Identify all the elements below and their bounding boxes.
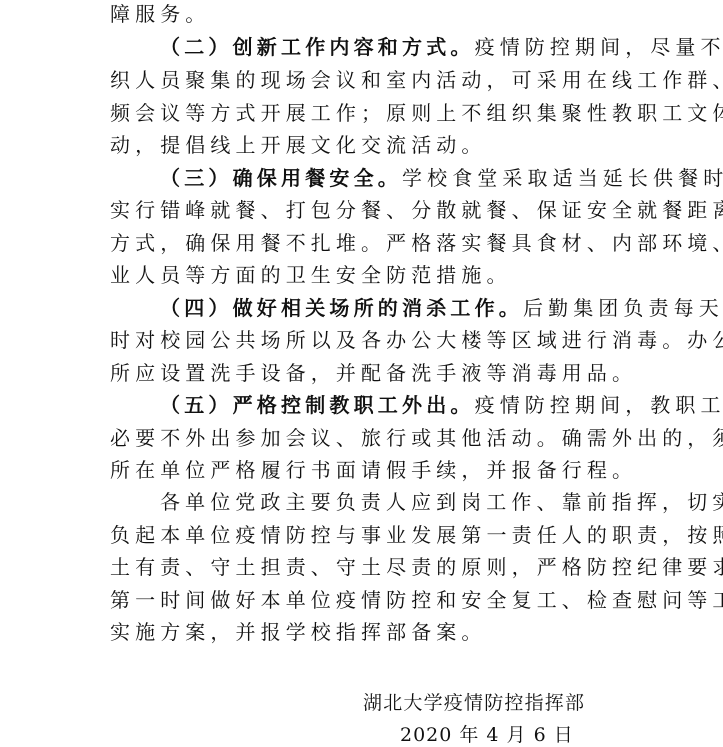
- section-title-2: （二）创新工作内容和方式。: [160, 35, 475, 59]
- line-text: 疫情防控期间，教职工非: [475, 393, 723, 417]
- section-title-4: （四）做好相关场所的消杀工作。: [160, 296, 523, 320]
- line-text: 第一时间做好本单位疫情防控和安全复工、检查慰问等工作: [110, 588, 723, 612]
- paragraph-line: 障服务。: [110, 0, 615, 29]
- line-text: 各单位党政主要负责人应到岗工作、靠前指挥，切实担: [160, 490, 723, 514]
- line-text: 业人员等方面的卫生安全防范措施。: [110, 263, 512, 287]
- paragraph-line: 所应设置洗手设备，并配备洗手液等消毒用品。: [110, 358, 615, 388]
- paragraph-line: 频会议等方式开展工作；原则上不组织集聚性教职工文体活: [110, 98, 615, 128]
- section-heading-line: （四）做好相关场所的消杀工作。后勤集团负责每天定: [110, 293, 615, 323]
- line-text: 所在单位严格履行书面请假手续，并报备行程。: [110, 458, 637, 482]
- paragraph-line: 织人员聚集的现场会议和室内活动，可采用在线工作群、视: [110, 65, 615, 95]
- line-text: 实施方案，并报学校指挥部备案。: [110, 620, 487, 644]
- paragraph-line: 负起本单位疫情防控与事业发展第一责任人的职责，按照守: [110, 520, 615, 550]
- document-page: 障服务。 （二）创新工作内容和方式。疫情防控期间，尽量不组 织人员聚集的现场会议…: [0, 0, 723, 747]
- line-text: 负起本单位疫情防控与事业发展第一责任人的职责，按照守: [110, 523, 723, 547]
- line-text: 频会议等方式开展工作；原则上不组织集聚性教职工文体活: [110, 101, 723, 125]
- paragraph-line: 必要不外出参加会议、旅行或其他活动。确需外出的，须向: [110, 423, 615, 453]
- line-text: 动，提倡线上开展文化交流活动。: [110, 133, 487, 157]
- section-title-5: （五）严格控制教职工外出。: [160, 393, 475, 417]
- paragraph-line: 各单位党政主要负责人应到岗工作、靠前指挥，切实担: [110, 487, 615, 517]
- line-text: 后勤集团负责每天定: [523, 296, 723, 320]
- paragraph-line: 方式，确保用餐不扎堆。严格落实餐具食材、内部环境、从: [110, 228, 615, 258]
- paragraph-line: 实行错峰就餐、打包分餐、分散就餐、保证安全就餐距离等: [110, 195, 615, 225]
- section-heading-line: （三）确保用餐安全。学校食堂采取适当延长供餐时间、: [110, 163, 615, 193]
- line-text: 土有责、守土担责、守土尽责的原则，严格防控纪律要求，: [110, 555, 723, 579]
- paragraph-line: 实施方案，并报学校指挥部备案。: [110, 617, 615, 647]
- section-heading-line: （二）创新工作内容和方式。疫情防控期间，尽量不组: [110, 32, 615, 62]
- line-text: 必要不外出参加会议、旅行或其他活动。确需外出的，须向: [110, 426, 723, 450]
- line-text: 时对校园公共场所以及各办公大楼等区域进行消毒。办公场: [110, 328, 723, 352]
- paragraph-line: 动，提倡线上开展文化交流活动。: [110, 130, 615, 160]
- paragraph-line: 时对校园公共场所以及各办公大楼等区域进行消毒。办公场: [110, 325, 615, 355]
- line-text: 疫情防控期间，尽量不组: [475, 35, 723, 59]
- line-text: 障服务。: [110, 2, 210, 26]
- line-text: 方式，确保用餐不扎堆。严格落实餐具食材、内部环境、从: [110, 231, 723, 255]
- line-text: 实行错峰就餐、打包分餐、分散就餐、保证安全就餐距离等: [110, 198, 723, 222]
- signature-organization: 湖北大学疫情防控指挥部: [363, 688, 585, 718]
- paragraph-line: 第一时间做好本单位疫情防控和安全复工、检查慰问等工作: [110, 585, 615, 615]
- signature-date: 2020 年 4 月 6 日: [400, 720, 574, 747]
- line-text: 织人员聚集的现场会议和室内活动，可采用在线工作群、视: [110, 68, 723, 92]
- paragraph-line: 土有责、守土担责、守土尽责的原则，严格防控纪律要求，: [110, 552, 615, 582]
- section-title-3: （三）确保用餐安全。: [160, 166, 402, 190]
- line-text: 学校食堂采取适当延长供餐时间、: [402, 166, 723, 190]
- paragraph-line: 所在单位严格履行书面请假手续，并报备行程。: [110, 455, 615, 485]
- paragraph-line: 业人员等方面的卫生安全防范措施。: [110, 260, 615, 290]
- section-heading-line: （五）严格控制教职工外出。疫情防控期间，教职工非: [110, 390, 615, 420]
- line-text: 所应设置洗手设备，并配备洗手液等消毒用品。: [110, 361, 637, 385]
